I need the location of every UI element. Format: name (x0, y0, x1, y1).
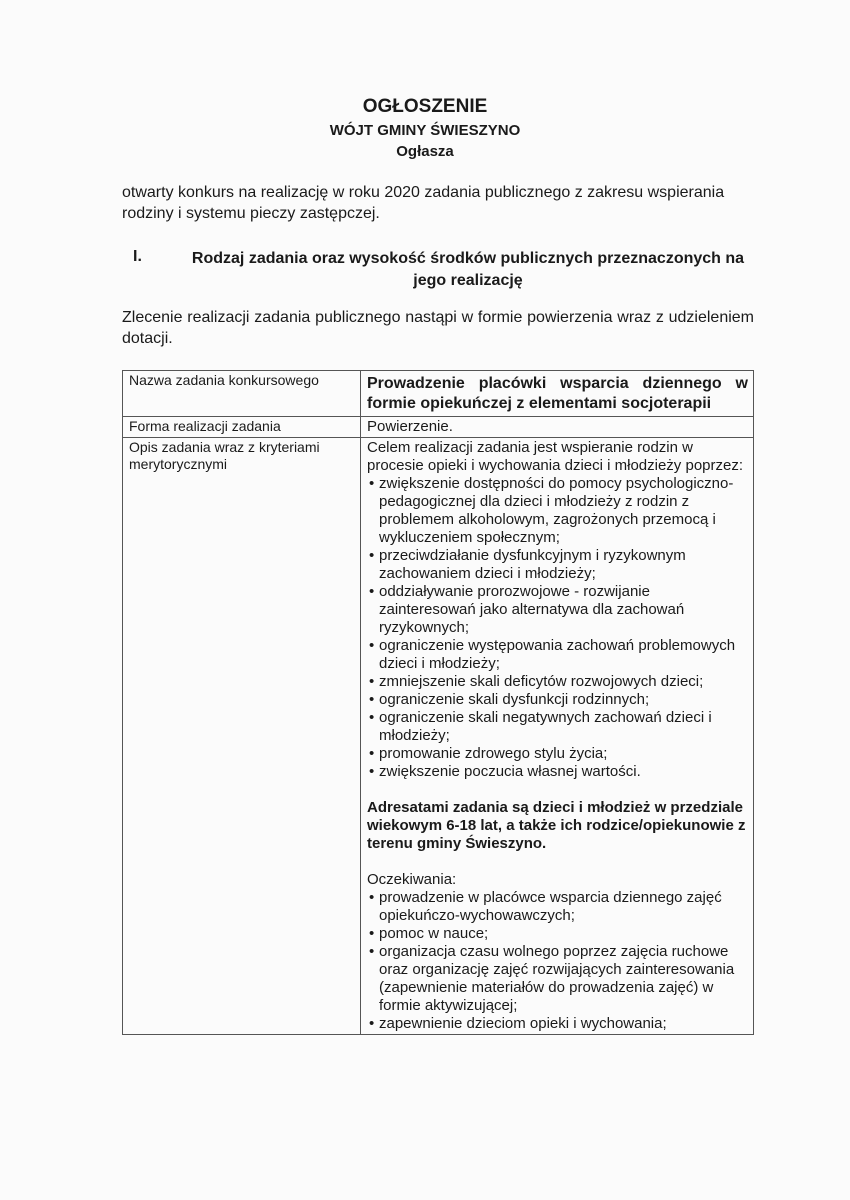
task-form: Powierzenie. (361, 417, 754, 438)
task-table: Nazwa zadania konkursowego Prowadzenie p… (122, 370, 754, 1035)
section-title: Rodzaj zadania oraz wysokość środków pub… (182, 248, 754, 292)
intro-paragraph: otwarty konkurs na realizację w roku 202… (122, 182, 754, 224)
goals-list: zwiększenie dostępności do pomocy psycho… (367, 475, 748, 781)
row-label: Opis zadania wraz z kryteriami merytoryc… (123, 438, 361, 1035)
expectations-list: prowadzenie w placówce wsparcia dzienneg… (367, 889, 748, 1033)
addressees: Adresatami zadania są dzieci i młodzież … (367, 799, 748, 853)
document-title: OGŁOSZENIE (0, 96, 850, 118)
section-number: I. (133, 248, 142, 266)
list-item: ograniczenie skali dysfunkcji rodzinnych… (367, 691, 748, 709)
row-label: Nazwa zadania konkursowego (123, 371, 361, 417)
list-item: zmniejszenie skali deficytów rozwojowych… (367, 673, 748, 691)
table-row: Opis zadania wraz z kryteriami merytoryc… (123, 438, 754, 1035)
list-item: oddziaływanie prorozwojowe - rozwijanie … (367, 583, 748, 637)
row-label: Forma realizacji zadania (123, 417, 361, 438)
expectations-label: Oczekiwania: (367, 871, 748, 889)
issuer: WÓJT GMINY ŚWIESZYNO (0, 122, 850, 139)
table-row: Forma realizacji zadania Powierzenie. (123, 417, 754, 438)
list-item: prowadzenie w placówce wsparcia dzienneg… (367, 889, 748, 925)
description-intro: Celem realizacji zadania jest wspieranie… (367, 439, 748, 475)
list-item: zwiększenie poczucia własnej wartości. (367, 763, 748, 781)
task-name: Prowadzenie placówki wsparcia dziennego … (361, 371, 754, 417)
list-item: pomoc w nauce; (367, 925, 748, 943)
task-description: Celem realizacji zadania jest wspieranie… (361, 438, 754, 1035)
list-item: zapewnienie dzieciom opieki i wychowania… (367, 1015, 748, 1033)
list-item: zwiększenie dostępności do pomocy psycho… (367, 475, 748, 547)
list-item: organizacja czasu wolnego poprzez zajęci… (367, 943, 748, 1015)
list-item: przeciwdziałanie dysfunkcyjnym i ryzykow… (367, 547, 748, 583)
list-item: ograniczenie skali negatywnych zachowań … (367, 709, 748, 745)
list-item: promowanie zdrowego stylu życia; (367, 745, 748, 763)
list-item: ograniczenie występowania zachowań probl… (367, 637, 748, 673)
table-row: Nazwa zadania konkursowego Prowadzenie p… (123, 371, 754, 417)
announces-label: Ogłasza (0, 143, 850, 160)
section-text: Zlecenie realizacji zadania publicznego … (122, 307, 754, 349)
